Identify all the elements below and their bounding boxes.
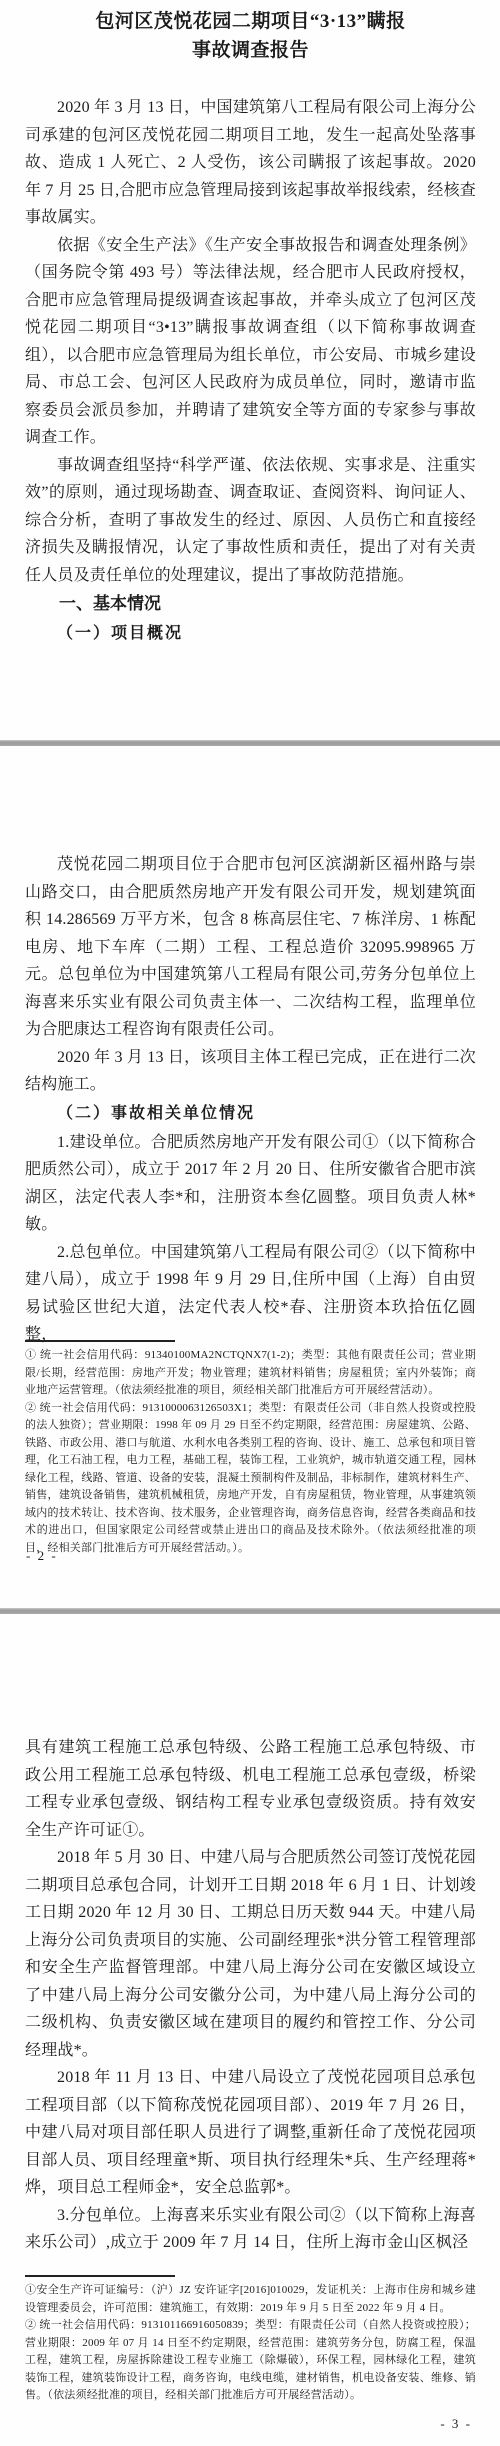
- footnote-1: ① 统一社会信用代码：91340100MA2NCTQNX7(1-2)；类型：其他…: [25, 1347, 476, 1400]
- section-heading-basic-info: 一、基本情况: [25, 589, 476, 619]
- footnote-divider: [25, 1340, 175, 1342]
- page-number-3: - 3 -: [440, 2416, 472, 2432]
- report-page-3: 具有建筑工程施工总承包特级、公路工程施工总承包特级、市政公用工程施工总承包特级、…: [0, 1614, 500, 2446]
- paragraph-intro-accident: 2020 年 3 月 13 日，中国建筑第八工程局有限公司上海分公司承建的包河区…: [25, 94, 476, 232]
- paragraph-contractor-qualifications: 具有建筑工程施工总承包特级、公路工程施工总承包特级、市政公用工程施工总承包特级、…: [25, 1734, 476, 1844]
- subsection-heading-project-overview: （一）项目概况: [25, 619, 476, 649]
- footnote-2: ② 统一社会信用代码：913101166916050839；类型：有限责任公司（…: [25, 2317, 476, 2405]
- report-document: 包河区茂悦花园二期项目“3·13”瞒报 事故调查报告 2020 年 3 月 13…: [0, 0, 500, 2446]
- paragraph-project-description: 茂悦花园二期项目位于合肥市包河区滨湖新区福州路与崇山路交口，由合肥质然房地产开发…: [25, 851, 476, 1044]
- footnote-2: ② 统一社会信用代码：9131000063126503X1；类型：有限责任公司（…: [25, 1400, 476, 1558]
- report-page-2: 茂悦花园二期项目位于合肥市包河区滨湖新区福州路与崇山路交口，由合肥质然房地产开发…: [0, 746, 500, 1608]
- page-number-2: - 2 -: [26, 1548, 58, 1564]
- paragraph-contract-details: 2018 年 5 月 30 日、中建八局与合肥质然公司签订茂悦花园二期项目总承包…: [25, 1844, 476, 2064]
- paragraph-general-contractor: 2.总包单位。中国建筑第八工程局有限公司②（以下简称中建八局），成立于 1998…: [25, 1239, 476, 1349]
- report-title: 包河区茂悦花园二期项目“3·13”瞒报 事故调查报告: [25, 8, 476, 64]
- report-page-1: 包河区茂悦花园二期项目“3·13”瞒报 事故调查报告 2020 年 3 月 13…: [0, 0, 500, 740]
- footnote-block-page-3: ①安全生产许可证编号：（沪）JZ 安许证字[2016]010029，发证机关：上…: [25, 2275, 476, 2405]
- report-title-line1: 包河区茂悦花园二期项目“3·13”瞒报: [25, 8, 476, 35]
- subsection-heading-related-units: （二）事故相关单位情况: [25, 1099, 476, 1129]
- report-title-line2: 事故调查报告: [25, 37, 476, 64]
- paragraph-construction-unit: 1.建设单位。合肥质然房地产开发有限公司①（以下简称合肥质然公司），成立于 20…: [25, 1129, 476, 1239]
- paragraph-subcontractor: 3.分包单位。上海喜来乐实业有限公司②（以下简称上海喜来乐公司）,成立于 200…: [25, 2202, 476, 2257]
- paragraph-project-status: 2020 年 3 月 13 日，该项目主体工程已完成，正在进行二次结构施工。: [25, 1044, 476, 1099]
- paragraph-legal-basis: 依据《安全生产法》《生产安全事故报告和调查处理条例》（国务院令第 493 号）等…: [25, 232, 476, 452]
- footnote-1: ①安全生产许可证编号：（沪）JZ 安许证字[2016]010029，发证机关：上…: [25, 2282, 476, 2317]
- footnote-divider: [25, 2275, 175, 2277]
- footnote-block-page-2: ① 统一社会信用代码：91340100MA2NCTQNX7(1-2)；类型：其他…: [25, 1340, 476, 1557]
- paragraph-investigation-principles: 事故调查组坚持“科学严谨、依法依规、实事求是、注重实效”的原则，通过现场勘查、调…: [25, 452, 476, 590]
- paragraph-project-department: 2018 年 11 月 13 日、中建八局设立了茂悦花园项目总承包工程项目部（以…: [25, 2064, 476, 2202]
